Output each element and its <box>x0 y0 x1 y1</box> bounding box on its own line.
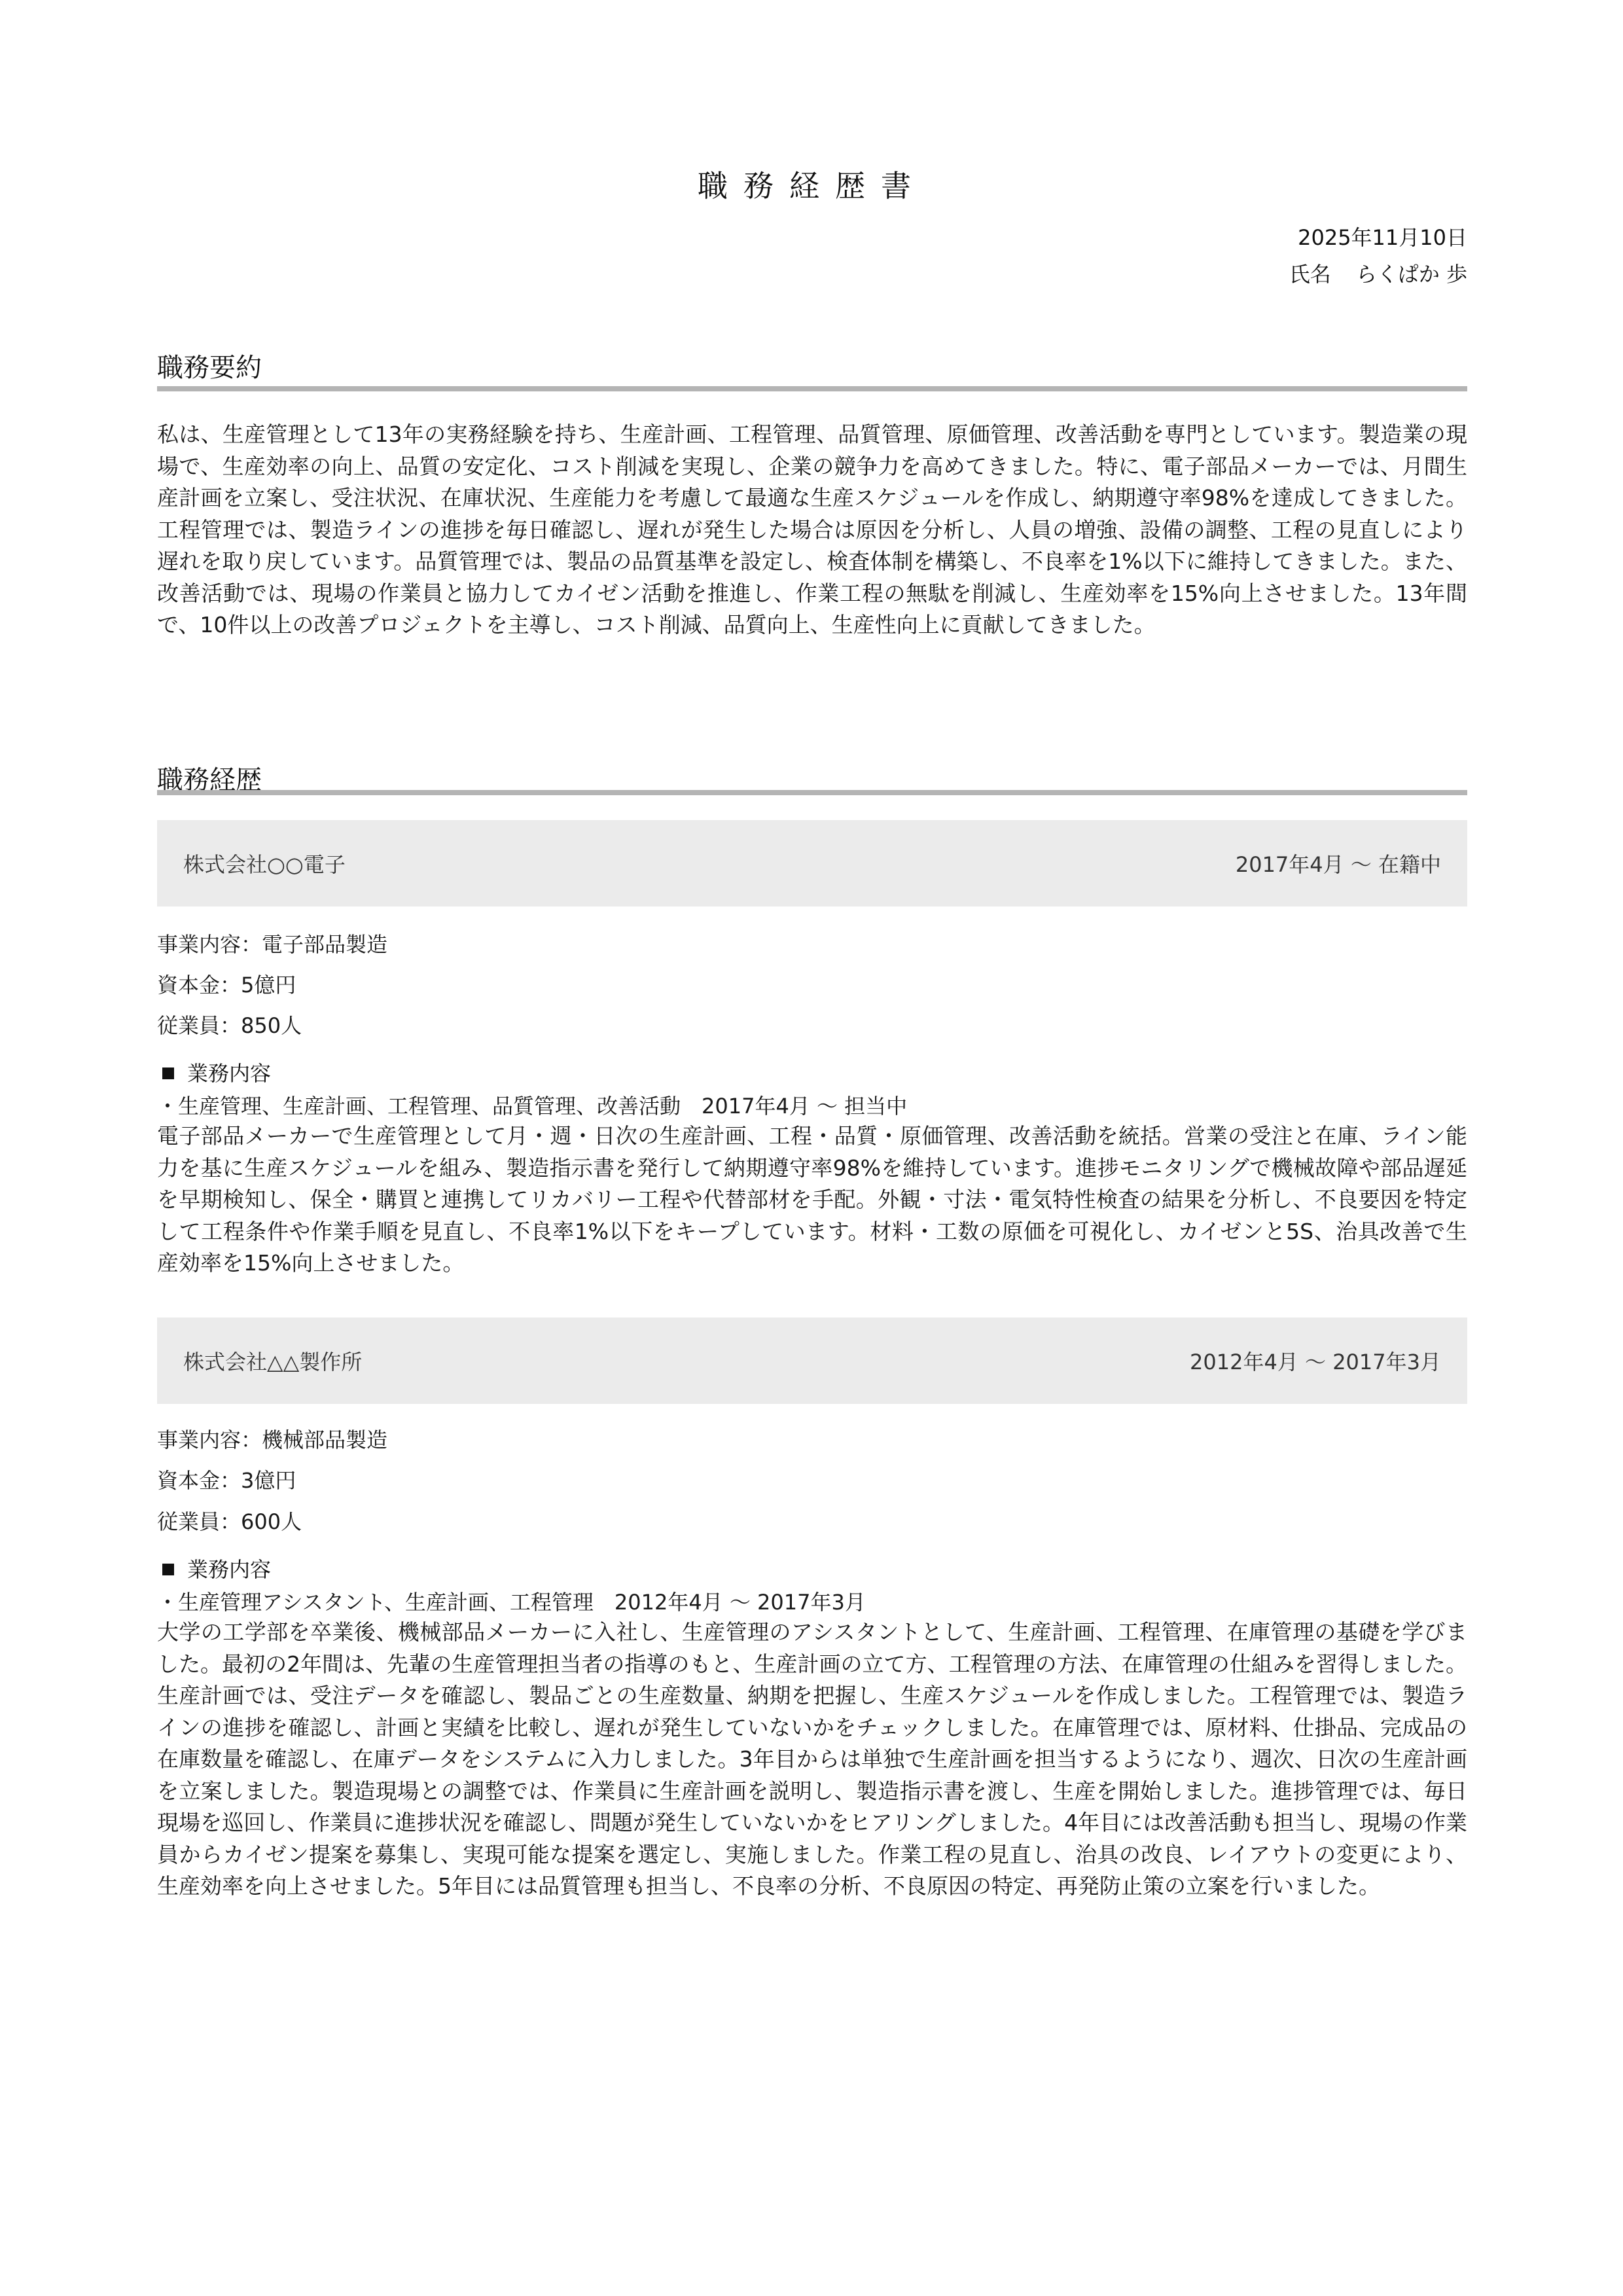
square-bullet-icon <box>162 1067 174 1079</box>
duties-description: 大学の工学部を卒業後、機械部品メーカーに入社し、生産管理のアシスタントとして、生… <box>157 1617 1467 1903</box>
company-period: 2017年4月 〜 在籍中 <box>1236 848 1441 878</box>
document-title: 職務経歴書 <box>157 162 1467 206</box>
company-employees: 従業員：600人 <box>157 1509 302 1535</box>
duties-heading-label: 業務内容 <box>187 1557 271 1582</box>
role-line: ・生産管理、生産計画、工程管理、品質管理、改善活動 2017年4月 〜 担当中 <box>157 1093 907 1119</box>
section-title-summary: 職務要約 <box>157 347 262 384</box>
company-capital: 資本金：5億円 <box>157 972 296 998</box>
company-business: 事業内容：機械部品製造 <box>157 1427 387 1453</box>
section-divider <box>157 790 1467 795</box>
section-divider <box>157 386 1467 391</box>
square-bullet-icon <box>162 1564 174 1575</box>
company-name: 株式会社○○電子 <box>183 848 346 878</box>
document-date: 2025年11月10日 <box>1298 221 1467 251</box>
duties-heading: 業務内容 <box>162 1060 271 1086</box>
company-capital: 資本金：3億円 <box>157 1467 296 1494</box>
company-header: 株式会社△△製作所 2012年4月 〜 2017年3月 <box>157 1318 1467 1404</box>
role-line: ・生産管理アシスタント、生産計画、工程管理 2012年4月 〜 2017年3月 <box>157 1589 866 1615</box>
summary-paragraph: 私は、生産管理として13年の実務経験を持ち、生産計画、工程管理、品質管理、原価管… <box>157 419 1467 641</box>
company-name: 株式会社△△製作所 <box>183 1346 362 1376</box>
duties-heading-label: 業務内容 <box>187 1061 271 1086</box>
company-header: 株式会社○○電子 2017年4月 〜 在籍中 <box>157 820 1467 906</box>
duties-description: 電子部品メーカーで生産管理として月・週・日次の生産計画、工程・品質・原価管理、改… <box>157 1121 1467 1280</box>
company-business: 事業内容：電子部品製造 <box>157 931 387 958</box>
company-period: 2012年4月 〜 2017年3月 <box>1190 1346 1441 1376</box>
name-value: らくぱか 歩 <box>1356 262 1467 287</box>
applicant-name-line: 氏名らくぱか 歩 <box>1289 258 1467 288</box>
duties-heading: 業務内容 <box>162 1556 271 1583</box>
company-employees: 従業員：850人 <box>157 1013 302 1039</box>
name-label: 氏名 <box>1289 262 1331 287</box>
